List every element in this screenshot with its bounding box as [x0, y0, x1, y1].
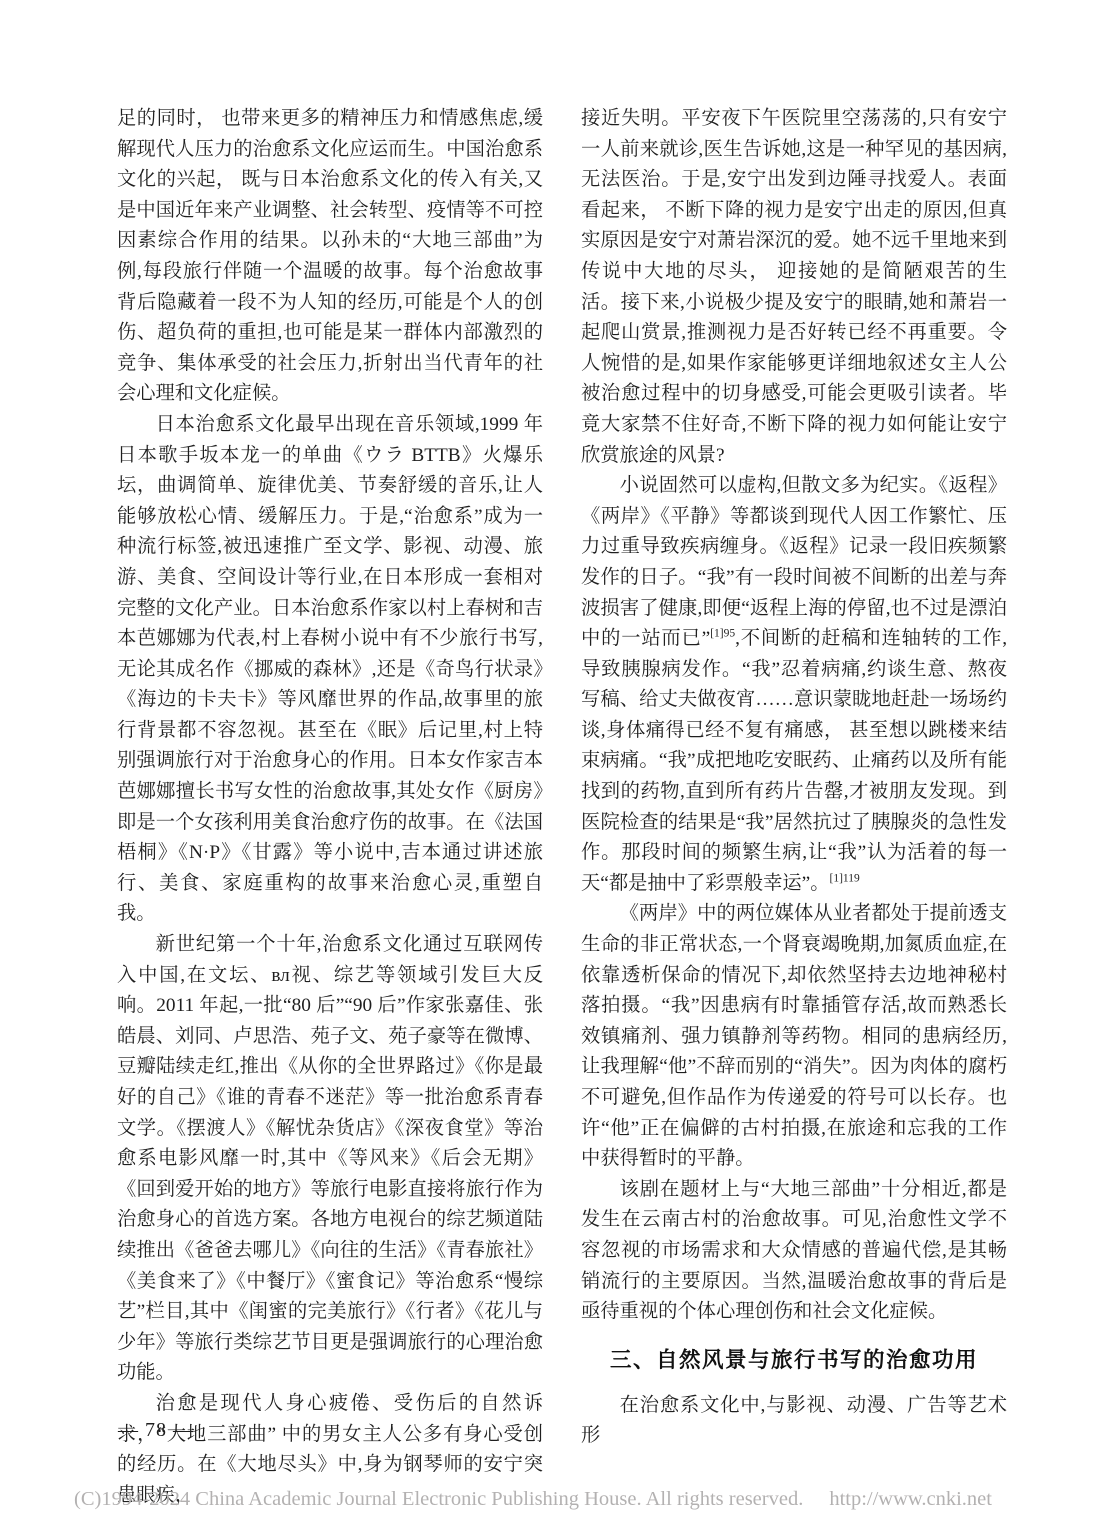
citation-reference: [1]119 — [830, 872, 860, 884]
paragraph: 足的同时， 也带来更多的精神压力和情感焦虑,缓解现代人压力的治愈系文化应运而生。… — [117, 104, 543, 410]
paragraph: 该剧在题材上与“大地三部曲”十分相近,都是发生在云南古村的治愈故事。可见,治愈性… — [581, 1175, 1007, 1328]
paragraph: 新世纪第一个十年,治愈系文化通过互联网传入中国,在文坛、вл视、综艺等领域引发巨… — [117, 930, 543, 1389]
paragraph: 小说固然可以虚构,但散文多为纪实。《返程》《两岸》《平静》等都谈到现代人因工作繁… — [581, 471, 1007, 899]
left-text-column: 足的同时， 也带来更多的精神压力和情感焦虑,缓解现代人压力的治愈系文化应运而生。… — [117, 104, 543, 1511]
paragraph: 日本治愈系文化最早出现在音乐领域,1999 年日本歌手坂本龙一的单曲《ウラ BT… — [117, 410, 543, 930]
footer-copyright: (C)1994-2024 China Academic Journal Elec… — [74, 1488, 803, 1510]
page-number: — 78 — — [118, 1415, 194, 1445]
right-text-column: 接近失明。平安夜下午医院里空荡荡的,只有安宁一人前来就诊,医生告诉她,这是一种罕… — [581, 104, 1007, 1452]
section-heading: 三、自然风景与旅行书写的治愈功用 — [581, 1345, 1007, 1375]
footer: (C)1994-2024 China Academic Journal Elec… — [74, 1486, 1034, 1512]
footer-url: http://www.cnki.net — [829, 1488, 992, 1510]
journal-page: 足的同时， 也带来更多的精神压力和情感焦虑,缓解现代人压力的治愈系文化应运而生。… — [0, 0, 1102, 1536]
paragraph: 在治愈系文化中,与影视、动漫、广告等艺术形 — [581, 1391, 1007, 1452]
paragraph: 接近失明。平安夜下午医院里空荡荡的,只有安宁一人前来就诊,医生告诉她,这是一种罕… — [581, 104, 1007, 471]
citation-reference: [1]95 — [710, 628, 735, 640]
paragraph: 《两岸》中的两位媒体从业者都处于提前透支生命的非正常状态,一个肾衰竭晚期,加氮质… — [581, 899, 1007, 1174]
